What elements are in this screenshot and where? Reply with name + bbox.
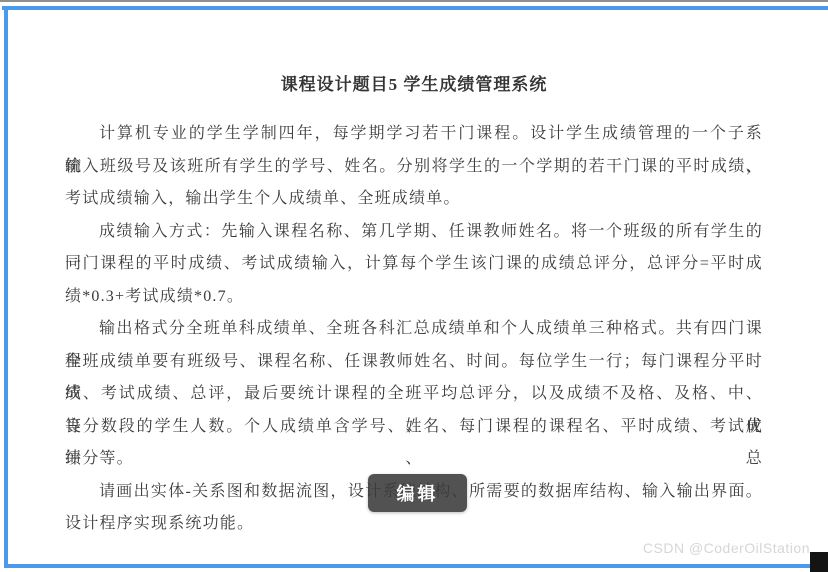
doc-line: 绩、考试成绩、总评，最后要统计课程的全班平均总评分，以及成绩不及格、及格、中、良… (65, 378, 763, 411)
doc-line: 一门课程的平时成绩、考试成绩输入，计算每个学生该门课的成绩总评分，总评分=平时成 (65, 248, 763, 281)
doc-line: 等分数段的学生人数。个人成绩单含学号、姓名、每门课程的课程名、平时成绩、考试成绩… (65, 411, 763, 444)
resize-handle[interactable] (810, 552, 828, 572)
selection-border-left (4, 6, 8, 568)
doc-line: 绩*0.3+考试成绩*0.7。 (65, 281, 763, 314)
selection-border-bottom (4, 564, 828, 568)
page-top-edge (0, 0, 828, 2)
doc-line: 输入班级号及该班所有学生的学号、姓名。分别将学生的一个学期的若干门课的平时成绩、 (65, 151, 763, 184)
doc-line: 考试成绩输入，输出学生个人成绩单、全班成绩单。 (65, 183, 763, 216)
selection-border-top (2, 6, 828, 10)
doc-line: 计算机专业的学生学制四年，每学期学习若干门课程。设计学生成绩管理的一个子系统， (65, 118, 763, 151)
doc-line: 设计程序实现系统功能。 (65, 508, 763, 541)
editor-canvas: 课程设计题目5 学生成绩管理系统 计算机专业的学生学制四年，每学期学习若干门课程… (0, 0, 828, 572)
document-title: 课程设计题目5 学生成绩管理系统 (65, 70, 763, 95)
doc-line: 输出格式分全班单科成绩单、全班各科汇总成绩单和个人成绩单三种格式。共有四门课程 (65, 313, 763, 346)
doc-line: 成绩输入方式：先输入课程名称、第几学期、任课教师姓名。将一个班级的所有学生的同 (65, 216, 763, 249)
csdn-watermark: CSDN @CoderOilStation (643, 540, 810, 556)
edit-button[interactable]: 编辑 (368, 474, 467, 512)
doc-line: 全班成绩单要有班级号、课程名称、任课教师姓名、时间。每位学生一行；每门课程分平时… (65, 346, 763, 379)
